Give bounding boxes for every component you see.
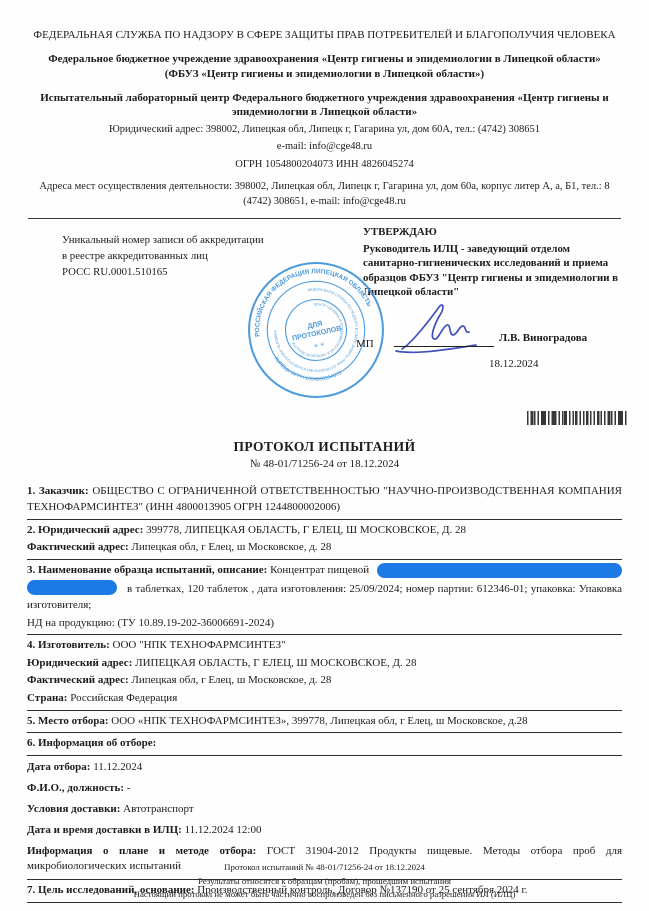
country-value: Российская Федерация — [70, 692, 177, 704]
manufacturer-label: 4. Изготовитель: — [27, 639, 110, 651]
section-sampling-place: 5. Место отбора: ООО «НПК ТЕХНОФАРМСИНТЕ… — [27, 713, 622, 731]
delivery-datetime: Дата и время доставки в ИЛЦ: 11.12.2024 … — [27, 820, 622, 841]
accreditation-line1: Уникальный номер записи об аккредитации — [62, 233, 332, 249]
country-label: Страна: — [27, 692, 67, 704]
sampling-person: Ф.И.О., должность: - — [27, 779, 622, 800]
approval-position: Руководитель ИЛЦ - заведующий отделом са… — [363, 242, 627, 300]
section-divider — [27, 710, 622, 711]
section-actual-address: Фактический адрес: Липецкая обл, г Елец,… — [27, 539, 622, 557]
approval-date: 18.12.2024 — [489, 358, 539, 370]
approval-title: УТВЕРЖДАЮ — [363, 225, 627, 239]
sampling-person-label: Ф.И.О., должность: — [27, 782, 124, 794]
footer-results-note: Результаты относятся к образцам (пробам)… — [0, 875, 649, 888]
manufacturer-legal-address-value: ЛИПЕЦКАЯ ОБЛАСТЬ, Г ЕЛЕЦ, Ш МОСКОВСКОЕ, … — [135, 657, 416, 669]
ogrn-inn: ОГРН 1054800204073 ИНН 4826045274 — [30, 157, 619, 172]
section-divider — [27, 902, 622, 903]
sampling-method-label: Информация о плане и методе отбора: — [27, 845, 256, 857]
section-divider — [27, 634, 622, 635]
institution-name: Федеральное бюджетное учреждение здравоо… — [30, 52, 619, 82]
manufacturer-legal-address: Юридический адрес: ЛИПЕЦКАЯ ОБЛАСТЬ, Г Е… — [27, 655, 622, 673]
signature-line — [394, 346, 494, 347]
section-sample-name: 3. Наименование образца испытаний, описа… — [27, 562, 622, 580]
redaction-bar — [377, 563, 622, 578]
protocol-body: 1. Заказчик: ОБЩЕСТВО С ОГРАНИЧЕННОЙ ОТВ… — [27, 483, 622, 903]
delivery-datetime-label: Дата и время доставки в ИЛЦ: — [27, 824, 182, 836]
sampling-info-label: 6. Информация об отборе: — [27, 737, 156, 749]
page-footer: Протокол испытаний № 48-01/71256-24 от 1… — [0, 861, 649, 901]
document-header: ФЕДЕРАЛЬНАЯ СЛУЖБА ПО НАДЗОРУ В СФЕРЕ ЗА… — [0, 0, 649, 209]
sampling-place-value: ООО «НПК ТЕХНОФАРМСИНТЕЗ», 399778, Липец… — [111, 715, 527, 727]
section-divider — [27, 519, 622, 520]
actual-address-value: Липецкая обл, г Елец, ш Московское, д. 2… — [131, 541, 331, 553]
delivery-conditions-value: Автотранспорт — [123, 803, 194, 815]
signature-ink — [372, 299, 502, 359]
footer-copy-note: Настоящий протокол не может быть частичн… — [0, 888, 649, 901]
signer-name: Л.В. Виноградова — [499, 332, 587, 344]
approval-block: УТВЕРЖДАЮ Руководитель ИЛЦ - заведующий … — [363, 225, 627, 299]
lab-center-name: Испытательный лабораторный центр Федерал… — [30, 91, 619, 121]
customer-label: 1. Заказчик: — [27, 485, 89, 497]
manufacturer-actual-address-value: Липецкая обл, г Елец, ш Московское, д. 2… — [131, 674, 331, 686]
manufacturer-actual-address-label: Фактический адрес: — [27, 674, 129, 686]
protocol-title-block: ПРОТОКОЛ ИСПЫТАНИЙ № 48-01/71256-24 от 1… — [0, 439, 649, 470]
actual-address-label: Фактический адрес: — [27, 541, 129, 553]
section-sampling-info: 6. Информация об отборе: — [27, 735, 622, 753]
delivery-conditions: Условия доставки: Автотранспорт — [27, 799, 622, 820]
manufacturer-legal-address-label: Юридический адрес: — [27, 657, 132, 669]
customer-value: ОБЩЕСТВО С ОГРАНИЧЕННОЙ ОТВЕТСТВЕННОСТЬЮ… — [27, 485, 622, 513]
protocol-number: № 48-01/71256-24 от 18.12.2024 — [0, 458, 649, 470]
section-manufacturer: 4. Изготовитель: ООО "НПК ТЕХНОФАРМСИНТЕ… — [27, 637, 622, 655]
stamp-center-marks: ✳ ✳ — [313, 341, 325, 350]
legal-address-label: 2. Юридический адрес: — [27, 524, 143, 536]
signature-flourish — [402, 305, 469, 349]
section-legal-address: 2. Юридический адрес: 399778, ЛИПЕЦКАЯ О… — [27, 522, 622, 540]
manufacturer-actual-address: Фактический адрес: Липецкая обл, г Елец,… — [27, 672, 622, 690]
delivery-conditions-label: Условия доставки: — [27, 803, 120, 815]
delivery-datetime-value: 11.12.2024 12:00 — [185, 824, 262, 836]
mp-label: МП — [356, 338, 374, 350]
email: e-mail: info@cge48.ru — [30, 139, 619, 154]
redaction-bar — [27, 580, 117, 595]
protocol-title: ПРОТОКОЛ ИСПЫТАНИЙ — [0, 439, 649, 455]
legal-address: Юридический адрес: 398002, Липецкая обл,… — [30, 122, 619, 137]
sample-name-value: Концентрат пищевой — [270, 564, 369, 576]
nd-product: НД на продукцию: (ТУ 10.89.19-202-360066… — [27, 615, 622, 633]
section-divider — [27, 755, 622, 756]
agency-name: ФЕДЕРАЛЬНАЯ СЛУЖБА ПО НАДЗОРУ В СФЕРЕ ЗА… — [30, 28, 619, 43]
sampling-place-label: 5. Место отбора: — [27, 715, 109, 727]
sampling-person-value: - — [127, 782, 131, 794]
country: Страна: Российская Федерация — [27, 690, 622, 708]
activity-addresses: Адреса мест осуществления деятельности: … — [30, 179, 619, 209]
approval-zone: Уникальный номер записи об аккредитации … — [0, 219, 649, 435]
section-divider — [27, 559, 622, 560]
legal-address-value: 399778, ЛИПЕЦКАЯ ОБЛАСТЬ, Г ЕЛЕЦ, Ш МОСК… — [146, 524, 466, 536]
document-page: ФЕДЕРАЛЬНАЯ СЛУЖБА ПО НАДЗОРУ В СФЕРЕ ЗА… — [0, 0, 649, 911]
sampling-date-label: Дата отбора: — [27, 761, 90, 773]
barcode — [527, 411, 627, 425]
sampling-date: Дата отбора: 11.12.2024 — [27, 758, 622, 779]
sample-description: в таблетках, 120 таблеток , дата изготов… — [27, 579, 622, 614]
footer-protocol-ref: Протокол испытаний № 48-01/71256-24 от 1… — [0, 861, 649, 874]
sampling-date-value: 11.12.2024 — [93, 761, 142, 773]
section-divider — [27, 732, 622, 733]
section-customer: 1. Заказчик: ОБЩЕСТВО С ОГРАНИЧЕННОЙ ОТВ… — [27, 483, 622, 516]
sampling-details: Дата отбора: 11.12.2024 Ф.И.О., должност… — [27, 758, 622, 878]
sample-name-label: 3. Наименование образца испытаний, описа… — [27, 564, 267, 576]
manufacturer-value: ООО "НПК ТЕХНОФАРМСИНТЕЗ" — [113, 639, 286, 651]
